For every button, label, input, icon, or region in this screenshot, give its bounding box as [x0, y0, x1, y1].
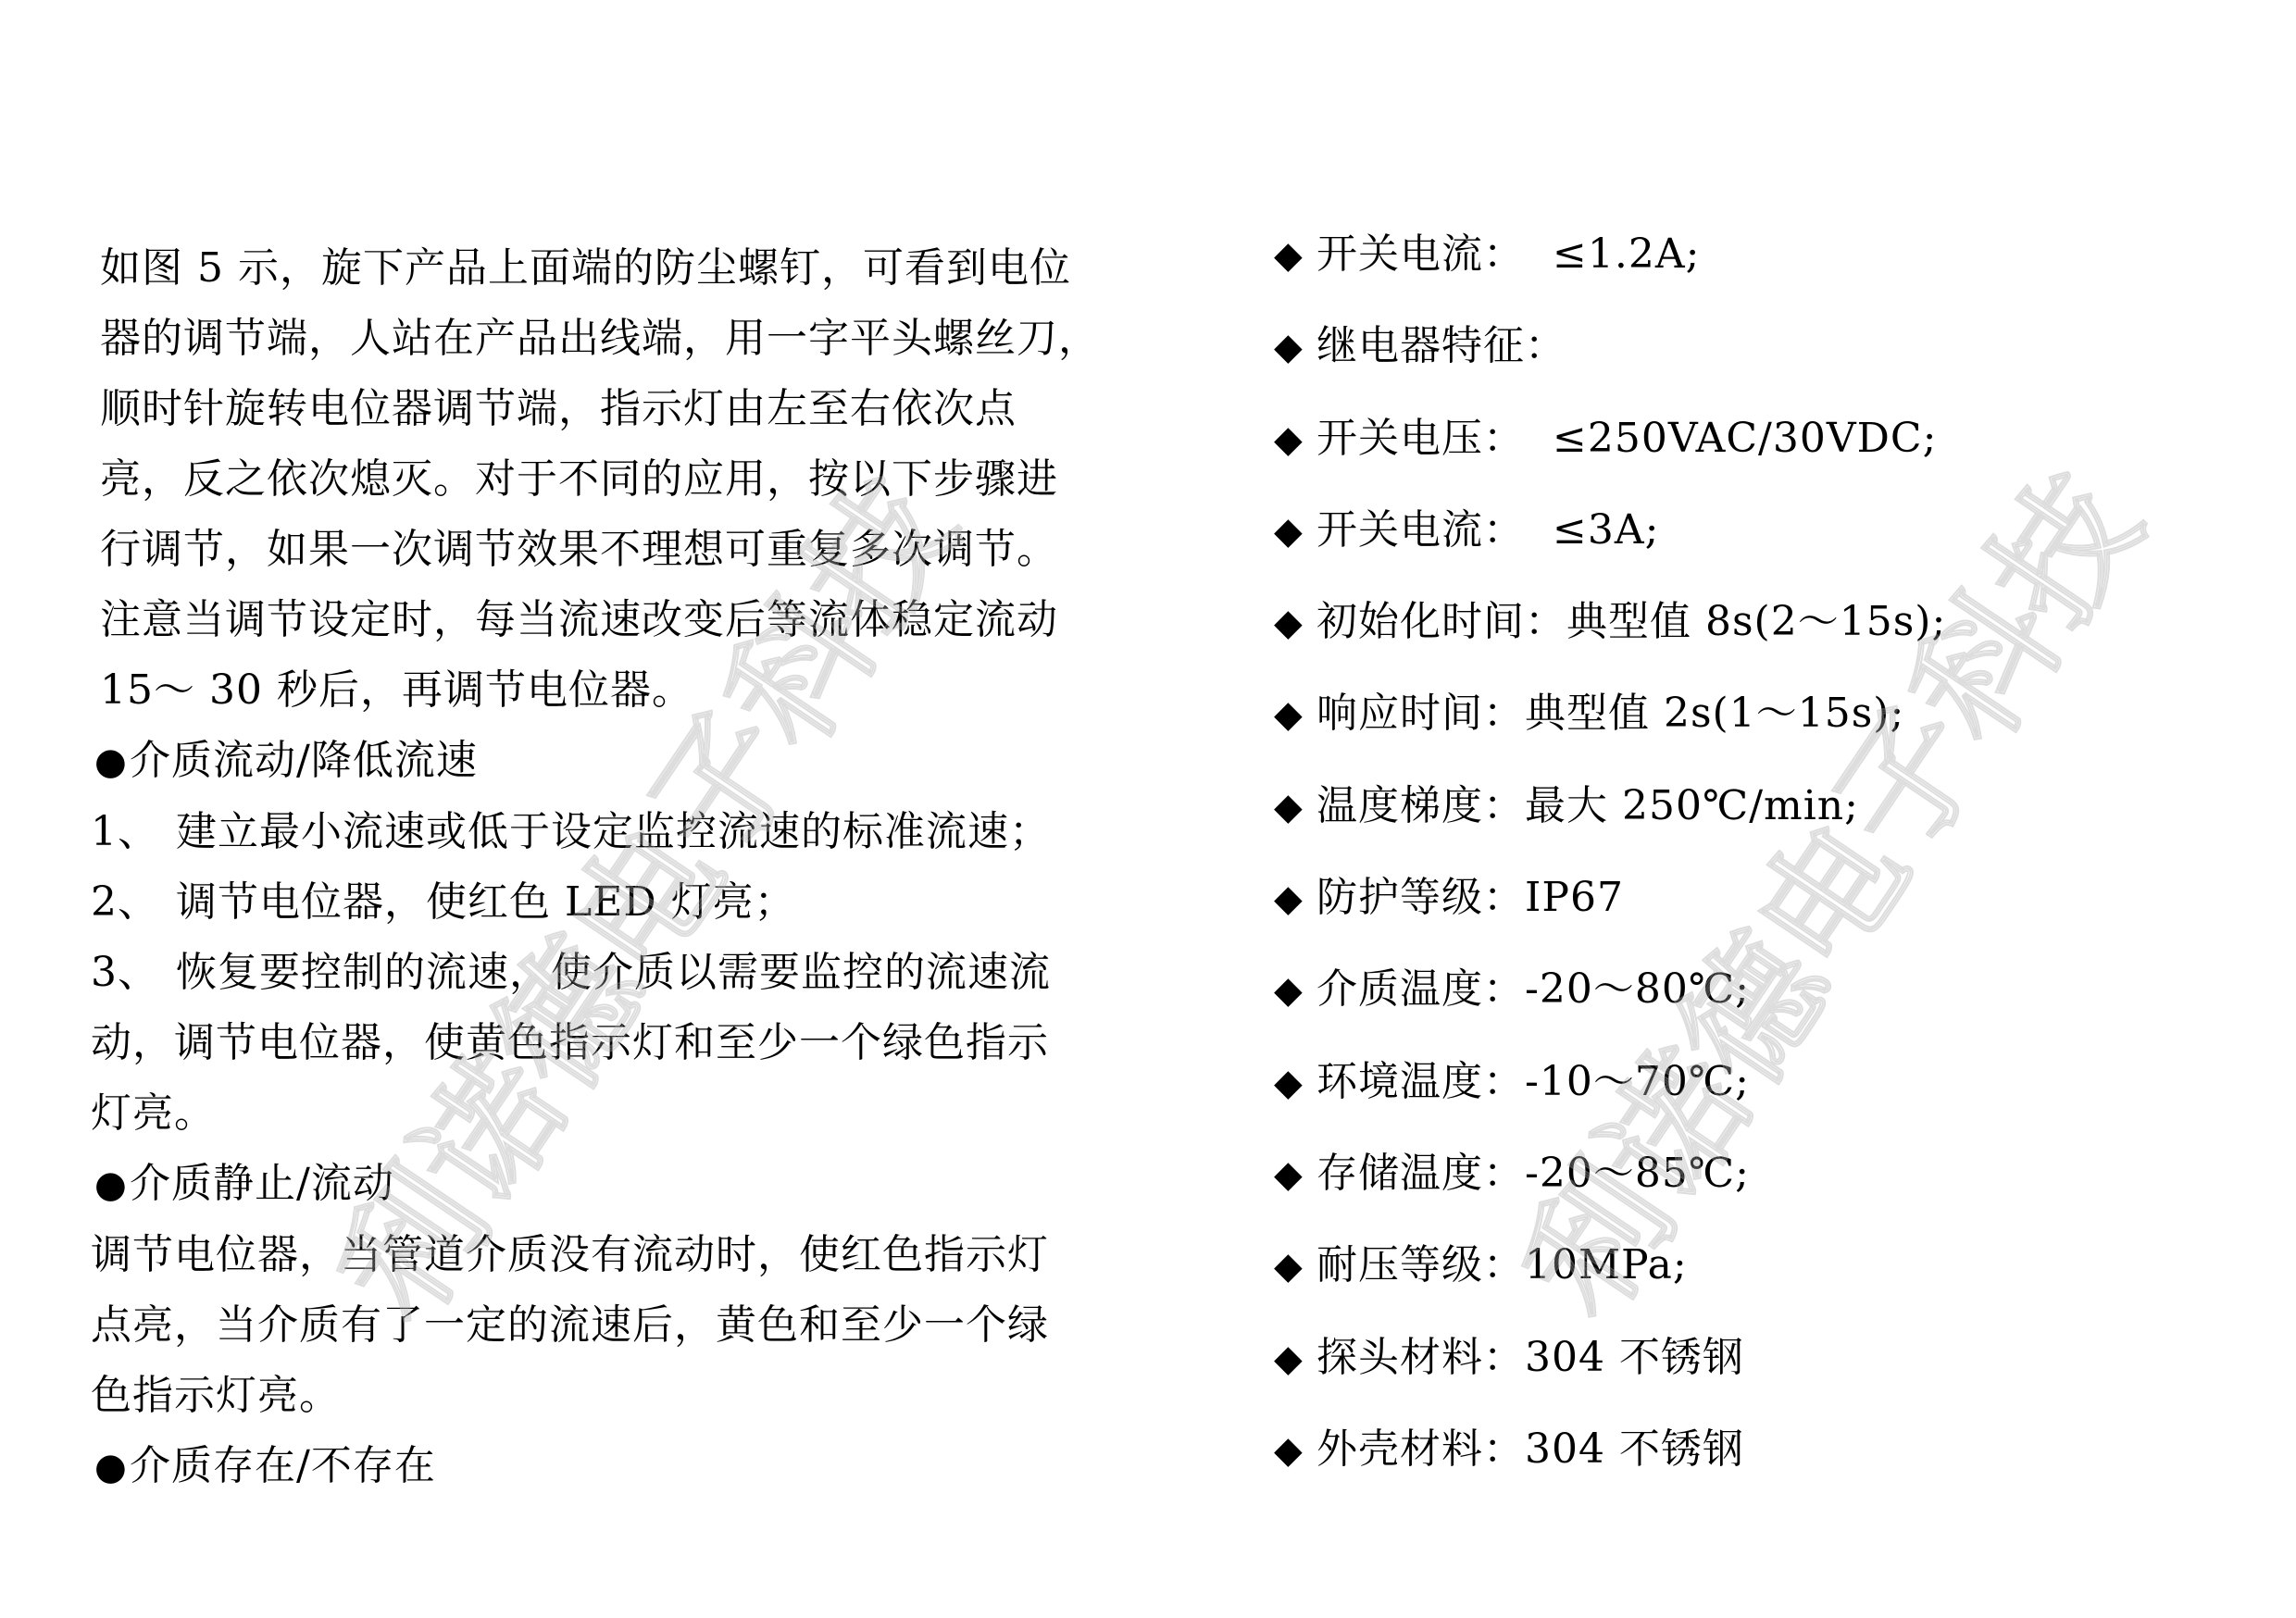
spec-item-probe-material: ◆探头材料：304 不锈钢: [1274, 1330, 2200, 1422]
intro-line: 器的调节端，人站在产品出线端，用一字平头螺丝刀，: [100, 304, 1063, 374]
spec-label: 环境温度：: [1316, 1058, 1525, 1105]
diamond-bullet-icon: ◆: [1274, 504, 1316, 559]
intro-line: 如图 5 示，旋下产品上面端的防尘螺钉，可看到电位: [100, 233, 1063, 304]
spec-item-medium-temp: ◆介质温度：-20～80℃;: [1274, 962, 2200, 1053]
spec-value: -20～85℃;: [1525, 1150, 1750, 1197]
diamond-bullet-icon: ◆: [1274, 1238, 1316, 1294]
step-number: 3、: [91, 938, 176, 1008]
spec-label: 存储温度：: [1316, 1150, 1525, 1197]
section-heading-medium-presence: ●介质存在/不存在: [93, 1431, 1063, 1502]
step-text: 调节电位器，使红色 LED 灯亮；: [176, 878, 796, 926]
spec-value: -20～80℃;: [1525, 965, 1750, 1013]
spec-value: ≤250VAC/30VDC;: [1525, 415, 1937, 462]
section-line: 调节电位器，当管道介质没有流动时，使红色指示灯: [91, 1220, 1063, 1290]
diamond-bullet-icon: ◆: [1274, 1147, 1316, 1202]
bullet-dot-icon: ●: [93, 727, 130, 797]
spec-item-response-time: ◆响应时间：典型值 2s(1～15s);: [1274, 686, 2200, 778]
spec-item-protection: ◆防护等级：IP67: [1274, 870, 2200, 962]
intro-line: 注意当调节设定时，每当流速改变后等流体稳定流动: [100, 585, 1063, 655]
diamond-bullet-icon: ◆: [1274, 687, 1316, 742]
spec-label: 探头材料：: [1316, 1334, 1525, 1381]
diamond-bullet-icon: ◆: [1274, 595, 1316, 651]
intro-line: 顺时针旋转电位器调节端，指示灯由左至右依次点: [100, 374, 1063, 444]
diamond-bullet-icon: ◆: [1274, 228, 1316, 283]
spec-item-switch-current: ◆开关电流： ≤1.2A;: [1274, 227, 2200, 318]
diamond-bullet-icon: ◆: [1274, 1055, 1316, 1111]
diamond-bullet-icon: ◆: [1274, 871, 1316, 927]
section-heading-medium-static: ●介质静止/流动: [93, 1149, 1063, 1220]
document-page: 如图 5 示，旋下产品上面端的防尘螺钉，可看到电位 器的调节端，人站在产品出线端…: [0, 0, 2296, 1618]
diamond-bullet-icon: ◆: [1274, 1331, 1316, 1387]
spec-value: IP67: [1525, 874, 1624, 921]
step-item: 1、建立最小流速或低于设定监控流速的标准流速；: [91, 797, 1063, 867]
spec-item-temp-gradient: ◆温度梯度：最大 250℃/min;: [1274, 778, 2200, 870]
section-title: 介质流动/降低流速: [130, 737, 478, 784]
spec-item-housing-material: ◆外壳材料：304 不锈钢: [1274, 1422, 2200, 1513]
diamond-bullet-icon: ◆: [1274, 1423, 1316, 1478]
spec-label: 初始化时间：: [1316, 598, 1566, 645]
intro-line: 亮，反之依次熄灭。对于不同的应用，按以下步骤进: [100, 444, 1063, 515]
section-title: 介质静止/流动: [130, 1160, 394, 1207]
spec-item-relay-current: ◆开关电流： ≤3A;: [1274, 503, 2200, 594]
section-heading-flow-reduce: ●介质流动/降低流速: [93, 726, 1063, 797]
spec-value: ≤1.2A;: [1525, 230, 1700, 278]
spec-item-pressure-rating: ◆耐压等级：10MPa;: [1274, 1238, 2200, 1329]
step-continuation: 灯亮。: [91, 1078, 1063, 1149]
diamond-bullet-icon: ◆: [1274, 963, 1316, 1018]
spec-value: 典型值 2s(1～15s);: [1525, 690, 1904, 737]
spec-value: 304 不锈钢: [1525, 1425, 1744, 1473]
step-number: 2、: [91, 867, 176, 938]
spec-value: 304 不锈钢: [1525, 1334, 1744, 1381]
spec-list: ◆开关电流： ≤1.2A; ◆继电器特征： ◆开关电压： ≤250VAC/30V…: [1274, 227, 2200, 1513]
spec-label: 防护等级：: [1316, 874, 1525, 921]
step-number: 1、: [91, 797, 176, 867]
diamond-bullet-icon: ◆: [1274, 412, 1316, 467]
bullet-dot-icon: ●: [93, 1432, 130, 1502]
spec-label: 外壳材料：: [1316, 1425, 1525, 1473]
spec-label: 继电器特征：: [1316, 322, 1566, 369]
diamond-bullet-icon: ◆: [1274, 779, 1316, 835]
spec-value: 最大 250℃/min;: [1525, 782, 1859, 829]
spec-item-ambient-temp: ◆环境温度：-10～70℃;: [1274, 1054, 2200, 1146]
bullet-dot-icon: ●: [93, 1150, 130, 1220]
spec-label: 开关电压：: [1316, 415, 1525, 462]
section-line: 色指示灯亮。: [91, 1361, 1063, 1431]
spec-label: 耐压等级：: [1316, 1241, 1525, 1288]
intro-line: 行调节，如果一次调节效果不理想可重复多次调节。: [100, 515, 1063, 585]
step-item: 3、恢复要控制的流速，使介质以需要监控的流速流: [91, 938, 1063, 1008]
intro-line: 15～ 30 秒后，再调节电位器。: [100, 655, 1063, 726]
left-column: 如图 5 示，旋下产品上面端的防尘螺钉，可看到电位 器的调节端，人站在产品出线端…: [100, 233, 1063, 1502]
spec-item-relay-features: ◆继电器特征：: [1274, 318, 2200, 410]
spec-value: -10～70℃;: [1525, 1058, 1750, 1105]
spec-value: 典型值 8s(2～15s);: [1566, 598, 1946, 645]
spec-label: 响应时间：: [1316, 690, 1525, 737]
spec-item-storage-temp: ◆存储温度：-20～85℃;: [1274, 1146, 2200, 1238]
spec-item-init-time: ◆初始化时间：典型值 8s(2～15s);: [1274, 594, 2200, 686]
diamond-bullet-icon: ◆: [1274, 319, 1316, 375]
step-continuation: 动，调节电位器，使黄色指示灯和至少一个绿色指示: [91, 1008, 1063, 1078]
step-text: 建立最小流速或低于设定监控流速的标准流速；: [176, 808, 1051, 855]
spec-label: 介质温度：: [1316, 965, 1525, 1013]
spec-value: ≤3A;: [1525, 506, 1659, 554]
section-title: 介质存在/不存在: [130, 1442, 436, 1489]
spec-label: 开关电流：: [1316, 506, 1525, 554]
step-item: 2、调节电位器，使红色 LED 灯亮；: [91, 867, 1063, 938]
spec-label: 温度梯度：: [1316, 782, 1525, 829]
spec-label: 开关电流：: [1316, 230, 1525, 278]
spec-value: 10MPa;: [1525, 1241, 1688, 1288]
section-line: 点亮，当介质有了一定的流速后，黄色和至少一个绿: [91, 1290, 1063, 1361]
step-text: 恢复要控制的流速，使介质以需要监控的流速流: [176, 949, 1051, 996]
spec-item-switch-voltage: ◆开关电压： ≤250VAC/30VDC;: [1274, 411, 2200, 503]
